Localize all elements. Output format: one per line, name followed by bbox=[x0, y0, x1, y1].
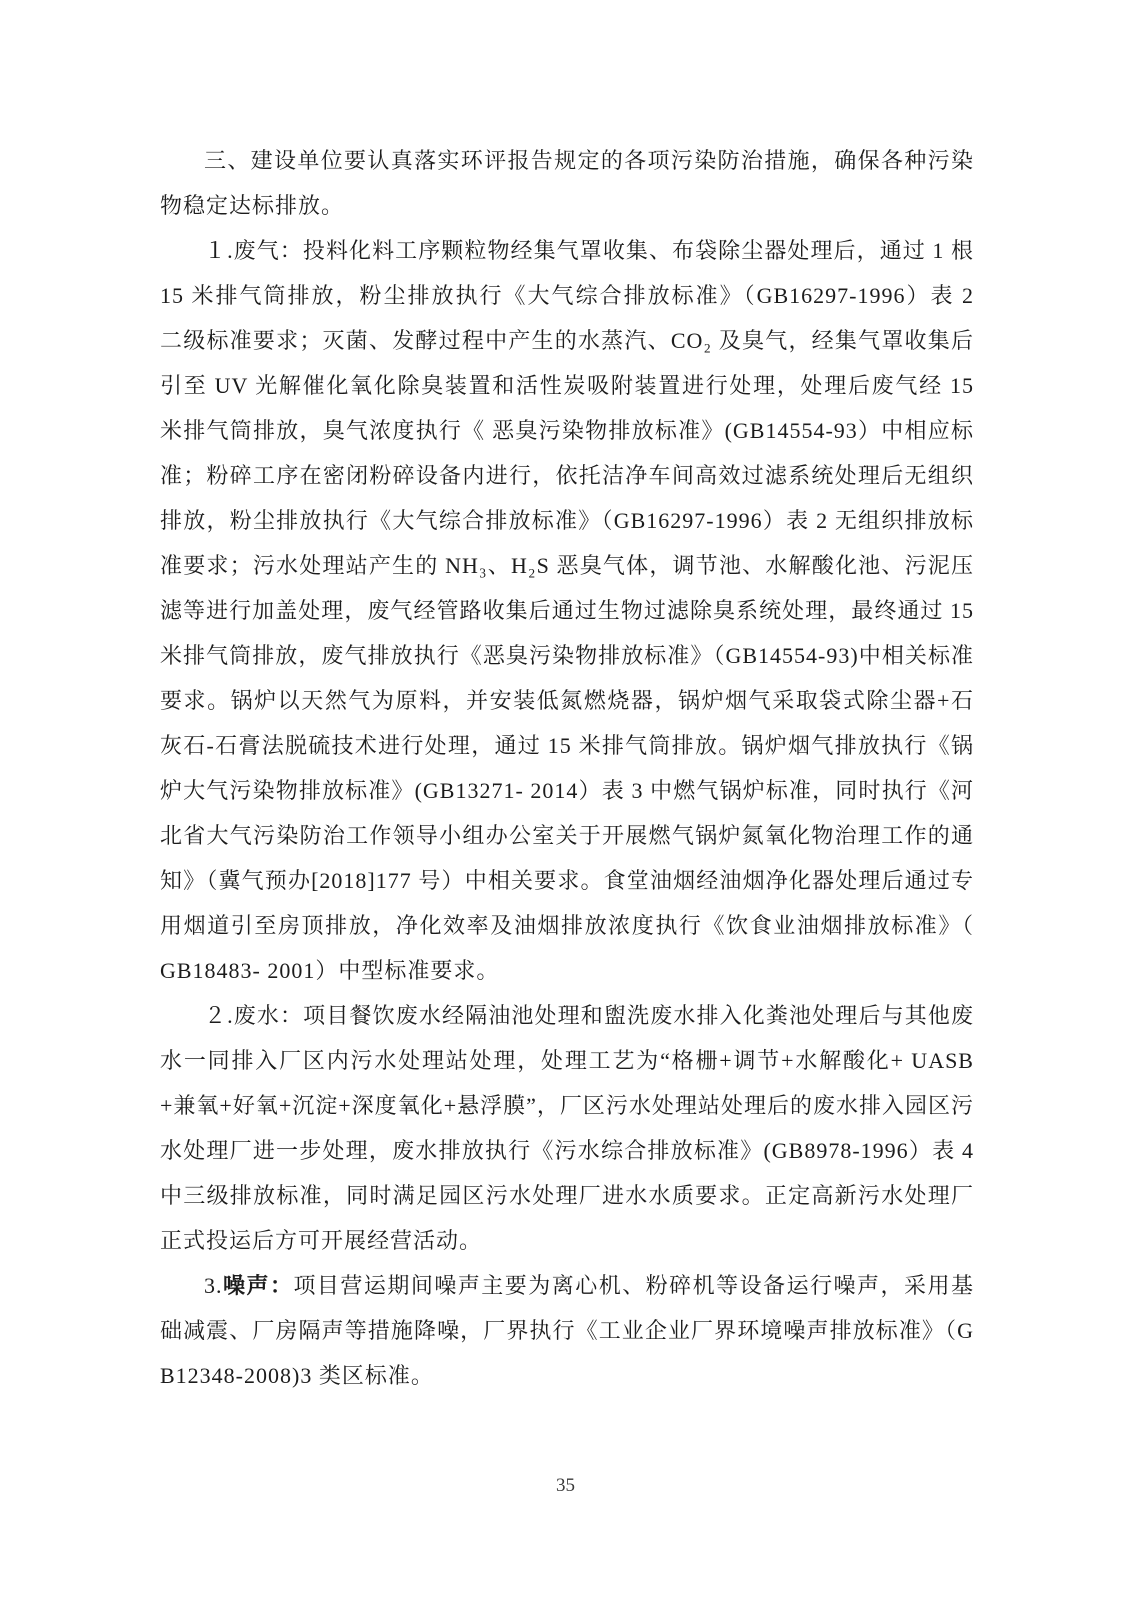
page-number: 35 bbox=[0, 1475, 1131, 1497]
paragraph-waste-gas: １.废气：投料化料工序颗粒物经集气罩收集、布袋除尘器处理后，通过 1 根 15 … bbox=[160, 228, 974, 993]
paragraph-noise: 3.噪声：项目营运期间噪声主要为离心机、粉碎机等设备运行噪声，采用基础减震、厂房… bbox=[160, 1263, 974, 1398]
paragraph-intro: 三、建设单位要认真落实环评报告规定的各项污染防治措施，确保各种污染物稳定达标排放… bbox=[160, 138, 974, 228]
document-text-block: 三、建设单位要认真落实环评报告规定的各项污染防治措施，确保各种污染物稳定达标排放… bbox=[160, 138, 974, 1398]
document-page: 三、建设单位要认真落实环评报告规定的各项污染防治措施，确保各种污染物稳定达标排放… bbox=[0, 0, 1131, 1600]
paragraph-waste-water: ２.废水：项目餐饮废水经隔油池处理和盥洗废水排入化粪池处理后与其他废水一同排入厂… bbox=[160, 993, 974, 1263]
paragraph-noise-number: 3. bbox=[204, 1273, 223, 1298]
paragraph-noise-label: 噪声： bbox=[223, 1273, 294, 1298]
